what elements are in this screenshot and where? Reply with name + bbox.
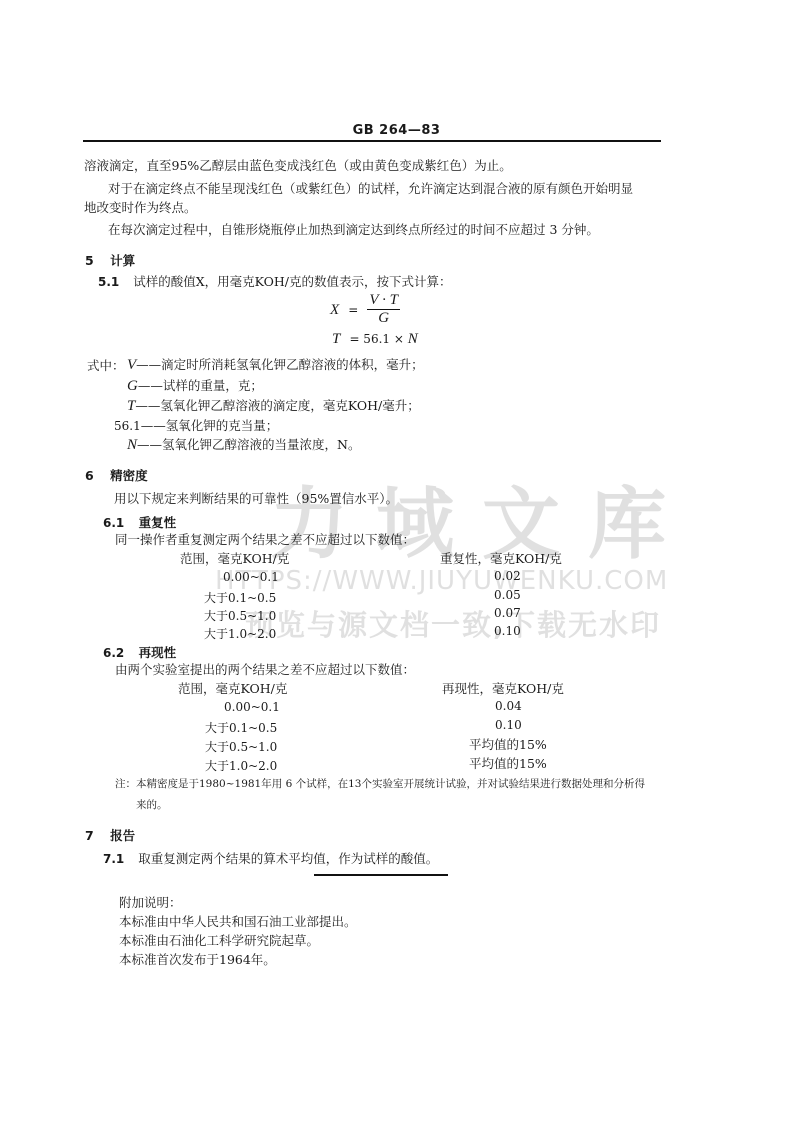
table-cell-value: 0.05	[494, 588, 521, 602]
section-6-heading: 6 精密度	[85, 466, 148, 484]
subsection-number: 5.1	[98, 275, 119, 289]
table-cell-value: 0.07	[494, 606, 521, 620]
header-rule	[83, 140, 661, 142]
table-cell-range: 0.00~0.1	[224, 700, 280, 714]
table-cell-value: 0.04	[495, 699, 522, 713]
intro-line-3: 地改变时作为终点。	[84, 200, 197, 215]
definition-item: T——氢氧化钾乙醇溶液的滴定度，毫克KOH/毫升；	[127, 398, 420, 414]
table-cell-value: 0.02	[494, 569, 521, 583]
section-6-2-text: 由两个实验室提出的两个结果之差不应超过以下数值：	[115, 662, 415, 677]
precision-note-line-2: 来的。	[136, 797, 168, 812]
table-cell-range: 大于1.0~2.0	[205, 757, 277, 774]
table-cell-range: 大于0.1~0.5	[205, 719, 277, 736]
formula-titer: T = 56.1 × N	[332, 328, 418, 348]
section-5-1: 5.1 试样的酸值X，用毫克KOH/克的数值表示，按下式计算：	[98, 274, 452, 290]
intro-line-1: 溶液滴定，直至95%乙醇层由蓝色变成浅红色（或由黄色变成紫红色）为止。	[84, 158, 512, 173]
table-cell-range: 大于1.0~2.0	[204, 625, 276, 642]
table-header-range: 范围，毫克KOH/克	[178, 681, 287, 696]
watermark-url: HTTPS://WWW.JIUYUWENKU.COM	[215, 566, 668, 596]
definition-item: 56.1——氢氧化钾的克当量；	[114, 418, 278, 434]
watermark-slogan: 预览与源文档一致,下载无水印	[245, 603, 661, 644]
section-6-2-heading: 6.2 再现性	[103, 643, 176, 661]
table-cell-value: 0.10	[494, 624, 521, 638]
table-cell-range: 大于0.5~1.0	[204, 607, 276, 624]
table-header-range: 范围，毫克KOH/克	[180, 551, 289, 566]
definition-item: N——氢氧化钾乙醇溶液的当量浓度，N。	[127, 437, 360, 453]
appendix-title: 附加说明：	[119, 895, 182, 910]
table-cell-value: 0.10	[495, 718, 522, 732]
table-cell-range: 大于0.5~1.0	[205, 738, 277, 755]
section-title: 计算	[110, 253, 135, 268]
appendix-line: 本标准首次发布于1964年。	[119, 952, 276, 967]
end-of-text-rule	[314, 874, 448, 876]
table-header-reproducibility: 再现性，毫克KOH/克	[442, 681, 564, 696]
table-cell-range: 0.00~0.1	[223, 570, 279, 584]
appendix-line: 本标准由中华人民共和国石油工业部提出。	[119, 914, 357, 929]
table-cell-value: 平均值的15%	[469, 737, 547, 752]
formula-acid-value: X = V · T G	[330, 292, 400, 327]
formula-numerator: V · T	[367, 292, 399, 310]
section-6-1-heading: 6.1 重复性	[103, 513, 176, 531]
table-cell-range: 大于0.1~0.5	[204, 589, 276, 606]
section-6-1-text: 同一操作者重复测定两个结果之差不应超过以下数值：	[115, 532, 415, 547]
section-number: 5	[85, 253, 94, 268]
intro-line-4: 在每次滴定过程中，自锥形烧瓶停止加热到滴定达到终点所经过的时间不应超过 3 分钟…	[108, 222, 599, 237]
where-label: 式中：	[87, 358, 125, 373]
appendix-line: 本标准由石油化工科学研究院起草。	[119, 933, 319, 948]
table-cell-value: 平均值的15%	[469, 756, 547, 771]
intro-line-2: 对于在滴定终点不能呈现浅红色（或紫红色）的试样，允许滴定达到混合液的原有颜色开始…	[108, 181, 633, 196]
definition-item: G——试样的重量，克；	[127, 378, 263, 394]
section-5-heading: 5 计算	[85, 251, 135, 269]
section-6-intro: 用以下规定来判断结果的可靠性（95%置信水平）。	[114, 491, 398, 506]
subsection-text: 试样的酸值X，用毫克KOH/克的数值表示，按下式计算：	[133, 274, 451, 289]
page-header-standard-number: GB 264—83	[0, 123, 793, 138]
section-7-heading: 7 报告	[85, 826, 135, 844]
section-7-1: 7.1 取重复测定两个结果的算术平均值，作为试样的酸值。	[103, 851, 438, 867]
precision-note-line-1: 注：本精密度是于1980~1981年用 6 个试样，在13个实验室开展统计试验，…	[115, 776, 645, 791]
table-header-repeatability: 重复性，毫克KOH/克	[440, 551, 562, 566]
formula-denominator: G	[367, 310, 399, 327]
definition-item: V——滴定时所消耗氢氧化钾乙醇溶液的体积，毫升；	[127, 357, 424, 373]
